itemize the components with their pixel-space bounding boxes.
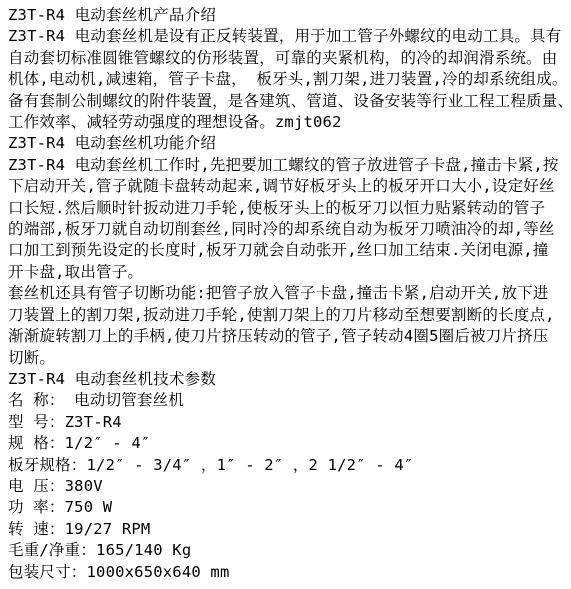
spec-row-speed: 转 速：19/27 RPM [8,519,565,540]
specs-heading: Z3T-R4 电动套丝机技术参数 [8,369,565,390]
spec-value: Z3T-R4 [65,413,122,431]
spec-row-weight: 毛重/净重：165/140 Kg [8,540,565,561]
spec-row-model: 型 号：Z3T-R4 [8,412,565,433]
product-intro-line-2: 自动套切标准圆锥管螺纹的仿形装置，可靠的夹紧机构，的冷的却润滑系统。由 [8,48,565,69]
spec-label: 规 格： [8,434,65,452]
spec-row-die-size: 板牙规格：1/2″ - 3/4″ ，1″ - 2″ ，2 1/2″ - 4″ [8,455,565,476]
spec-value: 380V [65,477,103,495]
product-intro-line-4: 备有套制公制螺纹的附件装置，是各建筑、管道、设备安装等行业工程工程质量、 [8,91,565,112]
spec-value: 165/140 Kg [96,541,191,559]
spec-row-power: 功 率：750 W [8,497,565,518]
spec-row-size: 规 格：1/2″ - 4″ [8,433,565,454]
spec-value: 19/27 RPM [65,520,151,538]
function-intro-line-5: 口加工到预先设定的长度时,板牙刀就会自动张开,丝口加工结束.关闭电源,撞 [8,240,565,261]
document: Z3T-R4 电动套丝机产品介绍 Z3T-R4 电动套丝机是设有正反转装置，用于… [0,0,571,583]
spec-value: 电动切管套丝机 [65,391,184,409]
spec-label: 电 压： [8,477,65,495]
spec-label: 名 称： [8,391,65,409]
product-intro-line-5: 工作效率、减轻劳动强度的理想设备。zmjt062 [8,112,565,133]
spec-value: 1/2″ - 4″ [65,434,151,452]
spec-label: 板牙规格： [8,456,87,474]
function-intro-line-9: 渐渐旋转割刀上的手柄,使刀片挤压转动的管子,管子转动4圈5圈后被刀片挤压 [8,326,565,347]
function-intro-line-4: 的端部,板牙刀就自动切削套丝,同时冷的却系统自动为板牙刀喷油冷的却,等丝 [8,219,565,240]
function-intro-line-2: 下启动开关,管子就随卡盘转动起来,调节好板牙头上的板牙开口大小,设定好丝 [8,176,565,197]
spec-label: 毛重/净重： [8,541,96,559]
product-intro-line-3: 机体,电动机,减速箱，管子卡盘， 板牙头,割刀架,进刀装置,冷的却系统组成。 [8,69,565,90]
spec-label: 功 率： [8,498,65,516]
spec-value: 1000x650x640 mm [87,563,230,581]
spec-label: 型 号： [8,413,65,431]
spec-row-package: 包装尺寸：1000x650x640 mm [8,562,565,583]
function-intro-line-10: 切断。 [8,348,565,369]
spec-value: 750 W [65,498,113,516]
spec-label: 转 速： [8,520,65,538]
function-intro-heading: Z3T-R4 电动套丝机功能介绍 [8,133,565,154]
function-intro-line-6: 开卡盘,取出管子。 [8,262,565,283]
product-intro-heading: Z3T-R4 电动套丝机产品介绍 [8,5,565,26]
spec-row-voltage: 电 压：380V [8,476,565,497]
function-intro-line-8: 刀装置上的割刀架,扳动进刀手轮,使割刀架上的刀片移动至想要割断的长度点, [8,305,565,326]
spec-row-name: 名 称： 电动切管套丝机 [8,390,565,411]
product-intro-line-1: Z3T-R4 电动套丝机是设有正反转装置，用于加工管子外螺纹的电动工具。具有 [8,26,565,47]
function-intro-line-1: Z3T-R4 电动套丝机工作时,先把要加工螺纹的管子放进管子卡盘,撞击卡紧,按 [8,155,565,176]
function-intro-line-3: 口长短.然后顺时针扳动进刀手轮,使板牙头上的板牙刀以恒力贴紧转动的管子 [8,198,565,219]
spec-value: 1/2″ - 3/4″ ，1″ - 2″ ，2 1/2″ - 4″ [87,456,414,474]
spec-label: 包装尺寸： [8,563,87,581]
function-intro-line-7: 套丝机还具有管子切断功能:把管子放入管子卡盘,撞击卡紧,启动开关,放下进 [8,283,565,304]
